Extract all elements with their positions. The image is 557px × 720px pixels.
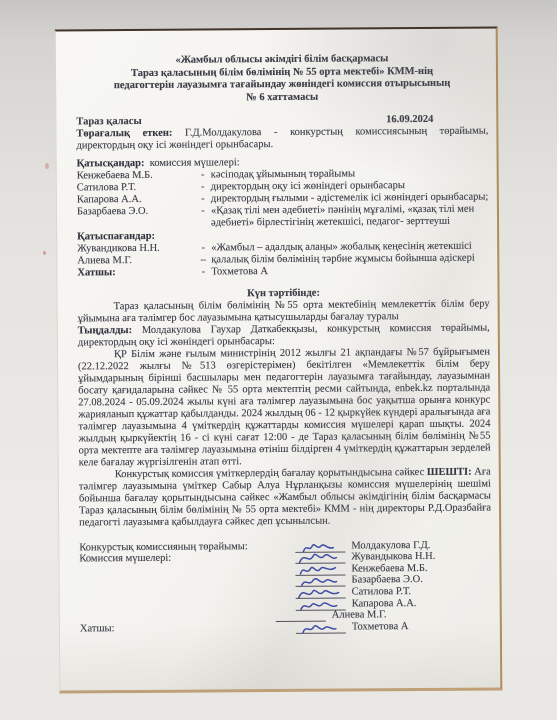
- decision-prefix: Конкурстық комиссия үміткерлердің бағала…: [115, 467, 427, 480]
- document-page: «Жамбыл облысы әкімдігі білім басқармасы…: [55, 26, 503, 693]
- member-dash: -: [195, 169, 211, 181]
- signature-scribble-icon: [296, 620, 340, 636]
- city-label: Тараз қаласы: [76, 116, 141, 128]
- member-dash: -: [195, 181, 211, 193]
- date-label: 16.09.2024: [386, 114, 433, 126]
- scan-artifact-dot: [43, 251, 46, 255]
- attendees-label: Қатысқандар:: [77, 158, 145, 169]
- member-dash: –: [195, 254, 211, 266]
- member-dash: -: [195, 193, 211, 205]
- signature-line: [296, 622, 346, 633]
- member-name: Алиева М.Г.: [77, 255, 195, 268]
- signature-name: Молдакулова Г.Д.: [351, 540, 430, 553]
- body-paragraph: ҚР Білім және ғылым министрінің 2012 жыл…: [78, 347, 491, 470]
- chairperson-line: Төрағалық еткен: Г.Д.Молдакулова - конку…: [76, 126, 488, 153]
- heard-paragraph: Тыңдалды: Молдакулова Гаухар Даткабекқыз…: [78, 323, 490, 350]
- secretary-row: Хатшы: - Тохметова А: [77, 265, 489, 280]
- signature-secretary-label: Хатшы:: [80, 622, 296, 636]
- signature-name: Алиева М.Г.: [332, 609, 387, 621]
- member-name: Капарова А.А.: [77, 194, 195, 207]
- heard-text: Молдакулова Гаухар Даткабекқызы, конкурс…: [78, 323, 490, 349]
- member-name: Жувандикова Н.Н.: [77, 243, 195, 256]
- member-dash: -: [195, 242, 211, 254]
- signature-name: Сатилова Р.Т.: [352, 586, 411, 598]
- attendees-sublabel: комиссия мүшелері:: [150, 157, 240, 169]
- member-name: Базарбаева Э.О.: [77, 206, 195, 219]
- secretary-dash: -: [195, 266, 211, 278]
- chairperson-label: Төрағалық еткен:: [76, 128, 172, 140]
- absentees-label: Қатыспағандар:: [77, 231, 155, 243]
- heard-label: Тыңдалды:: [78, 325, 132, 336]
- decision-label: ШЕШТІ:: [427, 467, 472, 478]
- secretary-label: Хатшы:: [77, 267, 195, 280]
- secretary-name: Тохметова А: [211, 265, 489, 279]
- member-row: Базарбаева Э.О. - «Қазақ тілі мен әдебие…: [77, 204, 489, 231]
- scan-artifact-dot: [45, 163, 49, 169]
- member-dash: -: [195, 205, 211, 217]
- signature-name: Тохметова А: [352, 621, 409, 633]
- signature-row: Хатшы: Тохметова А: [80, 621, 492, 635]
- member-name: Кенжебаева М.Б.: [77, 170, 195, 183]
- signature-name: Базарбаева Э.О.: [352, 574, 423, 586]
- member-name: Сатилова Р.Т.: [77, 182, 195, 195]
- signatures-section: Конкурстық комиссияның төрайымы: Молдаку…: [79, 540, 492, 636]
- agenda-paragraph: Тараз қаласының білім бөлімінің №55 орта…: [78, 299, 490, 326]
- document-header: «Жамбыл облысы әкімдігі білім басқармасы…: [76, 53, 488, 106]
- member-role: «Қазақ тілі мен әдебиеті» пәнінің мұғалі…: [211, 204, 489, 230]
- signature-name: Капарова А.А.: [352, 598, 417, 610]
- decision-paragraph: Конкурстық комиссия үміткерлердің бағала…: [79, 467, 491, 530]
- signature-line: [296, 599, 346, 610]
